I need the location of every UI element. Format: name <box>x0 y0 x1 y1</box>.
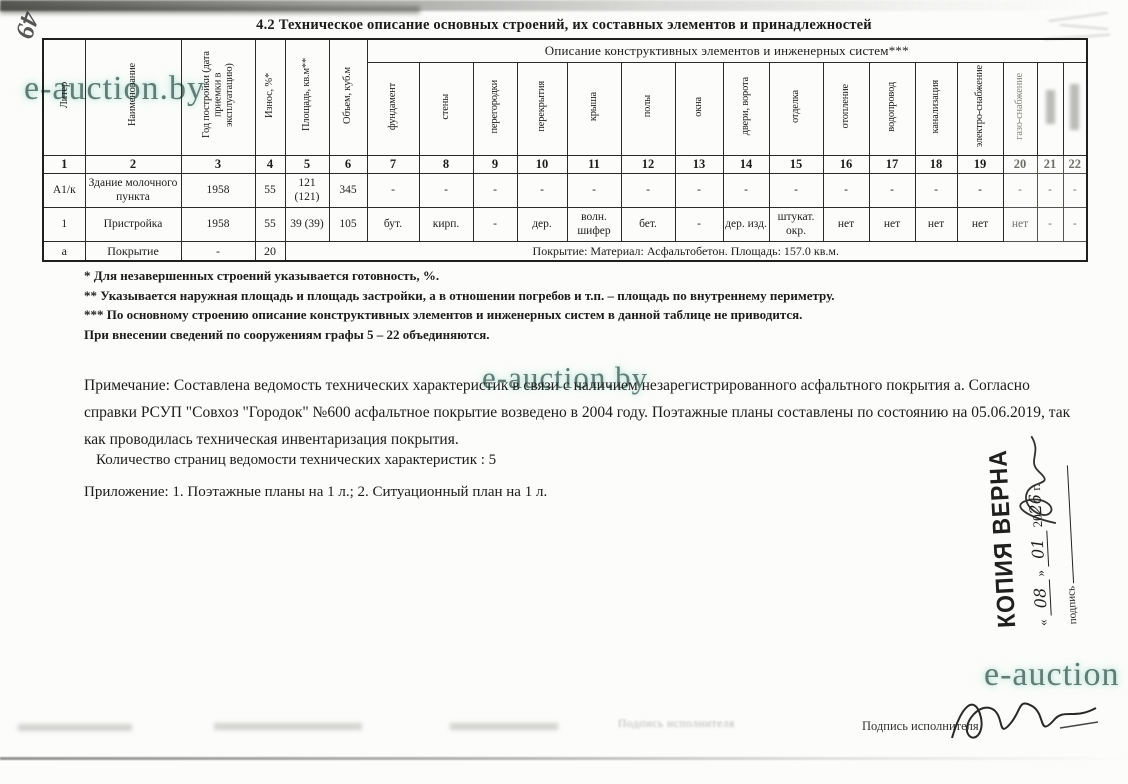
stamp-signature-icon <box>1001 423 1067 536</box>
cell-r2-c3: 1958 <box>181 208 255 242</box>
col-number-3: 3 <box>181 156 255 174</box>
col-header-label: Наименование <box>127 63 139 126</box>
col-header-1: Литер <box>43 39 85 156</box>
executor-signature-icon <box>944 686 1104 754</box>
col-header-10: перекрытия <box>517 63 567 156</box>
col-header-4: Износ, %* <box>255 39 285 156</box>
col-header-label: Год постройки (дата приемки в эксплуатац… <box>201 51 236 139</box>
footnotes-block: * Для незавершенных строений указывается… <box>84 266 1084 344</box>
col-header-6: Объем, куб.м <box>329 39 367 156</box>
cell-r1-c11: - <box>567 174 621 208</box>
cell-r1-c18: - <box>915 174 957 208</box>
cell-r2-c18: нет <box>915 208 957 242</box>
col-number-20: 20 <box>1003 156 1037 174</box>
col-header-label: газо-снабжение <box>1014 73 1026 140</box>
col-number-12: 12 <box>621 156 675 174</box>
col-header-label: Площадь, кв.м** <box>301 58 313 131</box>
col-header-3: Год постройки (дата приемки в эксплуатац… <box>181 39 255 156</box>
col-number-21: 21 <box>1037 156 1063 174</box>
col-header-label: окна <box>693 97 705 117</box>
col-number-15: 15 <box>769 156 823 174</box>
cell-r1-c16: - <box>823 174 869 208</box>
cell-r1-c15: - <box>769 174 823 208</box>
cell-r2-c17: нет <box>869 208 915 242</box>
cell-r2-c1: 1 <box>43 208 85 242</box>
cell-r2-c4: 55 <box>255 208 285 242</box>
note-paragraph: Примечание: Составлена ведомость техниче… <box>84 372 1084 453</box>
table-header-row-top: ЛитерНаименованиеГод постройки (дата при… <box>43 39 1087 63</box>
col-header-12: полы <box>621 63 675 156</box>
col-header-9: перегородки <box>473 63 517 156</box>
cell-r1-c2: Здание молочного пункта <box>85 174 181 208</box>
col-header-label: отопление <box>840 84 852 128</box>
cell-r2-c19: нет <box>957 208 1003 242</box>
cell-r2-c9: - <box>473 208 517 242</box>
col-header-22 <box>1063 63 1087 156</box>
executor-label-ghost: Подпись исполнителя <box>618 718 735 730</box>
group-header: Описание конструктивных элементов и инже… <box>367 39 1087 63</box>
cell-r2-c15: штукат. окр. <box>769 208 823 242</box>
copy-verified-stamp: КОПИЯ ВЕРНА « 08 » 01 2026 г. подпись <box>983 421 1128 628</box>
cell-r1-c1: А1/к <box>43 174 85 208</box>
col-header-2: Наименование <box>85 39 181 156</box>
stamp-quote-open: « <box>1035 619 1050 626</box>
col-header-20: газо-снабжение <box>1003 63 1037 156</box>
col-header-14: двери, ворота <box>723 63 769 156</box>
col-header-label: Литер <box>59 82 71 108</box>
col-number-14: 14 <box>723 156 769 174</box>
cell-r3-c3: - <box>181 242 255 262</box>
technical-description-table-wrap: ЛитерНаименованиеГод постройки (дата при… <box>42 38 1088 262</box>
cell-r1-c22: - <box>1063 174 1087 208</box>
footnote-2: ** Указывается наружная площадь и площад… <box>84 286 1084 306</box>
cell-r2-c22: - <box>1063 208 1087 242</box>
cell-r1-c19: - <box>957 174 1003 208</box>
illegible-header-smudge <box>1070 84 1079 130</box>
cell-r2-c13: - <box>675 208 723 242</box>
col-number-1: 1 <box>43 156 85 174</box>
stamp-sign-line <box>1067 465 1074 583</box>
col-header-19: электро-снабжение <box>957 63 1003 156</box>
col-header-label: перекрытия <box>536 81 548 132</box>
cell-r2-c5: 39 (39) <box>285 208 329 242</box>
cell-r2-c2: Пристройка <box>85 208 181 242</box>
cell-r1-c20: - <box>1003 174 1037 208</box>
footnote-4: При внесении сведений по сооружениям гра… <box>84 325 1084 345</box>
col-number-17: 17 <box>869 156 915 174</box>
scan-streak-bottom <box>0 757 1128 760</box>
technical-description-table: ЛитерНаименованиеГод постройки (дата при… <box>42 38 1088 262</box>
footnote-1: * Для незавершенных строений указывается… <box>84 266 1084 286</box>
merged-coating-cell: Покрытие: Материал: Асфальтобетон. Площа… <box>285 242 1087 262</box>
col-header-16: отопление <box>823 63 869 156</box>
cell-r2-c7: бут. <box>367 208 419 242</box>
faint-footer-text <box>450 723 558 730</box>
footnote-3: *** По основному строению описание конст… <box>84 305 1084 325</box>
stamp-month-handwritten: 01 <box>1027 530 1049 567</box>
col-header-label: двери, ворота <box>740 77 752 135</box>
cell-r2-c8: кирп. <box>419 208 473 242</box>
col-header-17: водопровод <box>869 63 915 156</box>
table-row: 1Пристройка19585539 (39)105бут.кирп.-дер… <box>43 208 1087 242</box>
cell-r3-c2: Покрытие <box>85 242 181 262</box>
col-number-4: 4 <box>255 156 285 174</box>
col-header-label: канализация <box>930 80 942 134</box>
cell-r1-c7: - <box>367 174 419 208</box>
col-header-label: стены <box>440 94 452 120</box>
col-number-7: 7 <box>367 156 419 174</box>
cell-r2-c21: - <box>1037 208 1063 242</box>
cell-r1-c8: - <box>419 174 473 208</box>
cell-r1-c12: - <box>621 174 675 208</box>
scan-smudge-top-dark <box>0 6 420 14</box>
cell-r1-c4: 55 <box>255 174 285 208</box>
table-row: аПокрытие-20Покрытие: Материал: Асфальто… <box>43 242 1087 262</box>
cell-r3-c1: а <box>43 242 85 262</box>
cell-r1-c10: - <box>517 174 567 208</box>
col-header-label: водопровод <box>886 82 898 132</box>
cell-r1-c9: - <box>473 174 517 208</box>
document-title: 4.2 Техническое описание основных строен… <box>0 17 1128 34</box>
col-header-label: перегородки <box>489 80 501 134</box>
col-number-2: 2 <box>85 156 181 174</box>
cell-r2-c10: дер. <box>517 208 567 242</box>
col-header-7: фундамент <box>367 63 419 156</box>
cell-r1-c5: 121 (121) <box>285 174 329 208</box>
cell-r2-c20: нет <box>1003 208 1037 242</box>
faint-footer-text <box>214 723 362 730</box>
cell-r1-c13: - <box>675 174 723 208</box>
cell-r1-c21: - <box>1037 174 1063 208</box>
cell-r2-c16: нет <box>823 208 869 242</box>
col-header-18: канализация <box>915 63 957 156</box>
cell-r2-c14: дер. изд. <box>723 208 769 242</box>
col-number-9: 9 <box>473 156 517 174</box>
col-number-10: 10 <box>517 156 567 174</box>
scanned-document-page: { "page": { "corner_mark": "49", "title"… <box>0 0 1128 784</box>
illegible-header-smudge <box>1046 90 1055 124</box>
pages-count-line: Количество страниц ведомости технических… <box>96 452 496 469</box>
col-header-label: крыша <box>588 92 600 121</box>
cell-r2-c11: волн. шифер <box>567 208 621 242</box>
col-header-5: Площадь, кв.м** <box>285 39 329 156</box>
col-number-5: 5 <box>285 156 329 174</box>
col-header-21 <box>1037 63 1063 156</box>
col-number-11: 11 <box>567 156 621 174</box>
cell-r1-c17: - <box>869 174 915 208</box>
table-row: А1/кЗдание молочного пункта195855121 (12… <box>43 174 1087 208</box>
col-header-15: отделка <box>769 63 823 156</box>
col-number-22: 22 <box>1063 156 1087 174</box>
col-header-label: Объем, куб.м <box>342 67 354 124</box>
col-header-label: электро-снабжение <box>974 65 986 147</box>
cell-r1-c3: 1958 <box>181 174 255 208</box>
attachment-line: Приложение: 1. Поэтажные планы на 1 л.; … <box>84 484 547 501</box>
col-header-label: полы <box>642 95 654 117</box>
stamp-quote-close: » <box>1032 570 1047 577</box>
col-number-6: 6 <box>329 156 367 174</box>
cell-r1-c6: 345 <box>329 174 367 208</box>
cell-r2-c6: 105 <box>329 208 367 242</box>
col-number-18: 18 <box>915 156 957 174</box>
col-number-8: 8 <box>419 156 473 174</box>
stamp-day-handwritten: 08 <box>1030 579 1052 616</box>
cell-r2-c12: бет. <box>621 208 675 242</box>
col-header-label: фундамент <box>387 83 399 130</box>
stamp-sign-label: подпись <box>1065 586 1079 625</box>
cell-r3-c4: 20 <box>255 242 285 262</box>
col-number-19: 19 <box>957 156 1003 174</box>
col-header-label: отделка <box>790 90 802 123</box>
cell-r1-c14: - <box>723 174 769 208</box>
col-header-8: стены <box>419 63 473 156</box>
faint-footer-text <box>18 724 132 731</box>
col-header-label: Износ, %* <box>264 73 276 118</box>
col-number-13: 13 <box>675 156 723 174</box>
col-header-13: окна <box>675 63 723 156</box>
col-number-16: 16 <box>823 156 869 174</box>
column-number-row: 12345678910111213141516171819202122 <box>43 156 1087 174</box>
col-header-11: крыша <box>567 63 621 156</box>
